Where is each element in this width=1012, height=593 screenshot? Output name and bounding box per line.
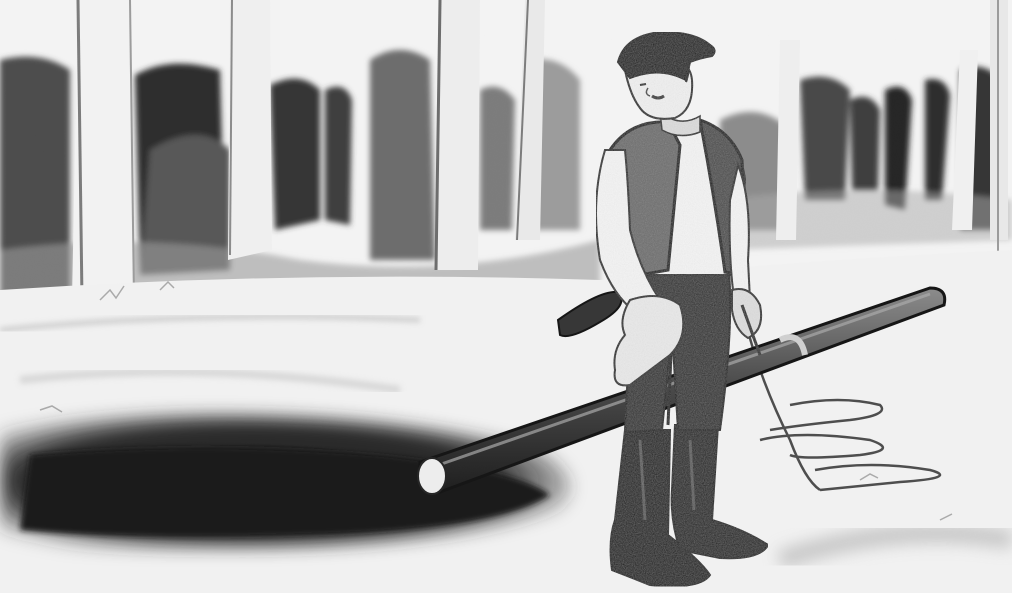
charcoal-illustration	[0, 0, 1012, 593]
paper-grain	[0, 0, 1012, 593]
illustration-frame: A man in a cap, vest and tall boots stan…	[0, 0, 1012, 593]
